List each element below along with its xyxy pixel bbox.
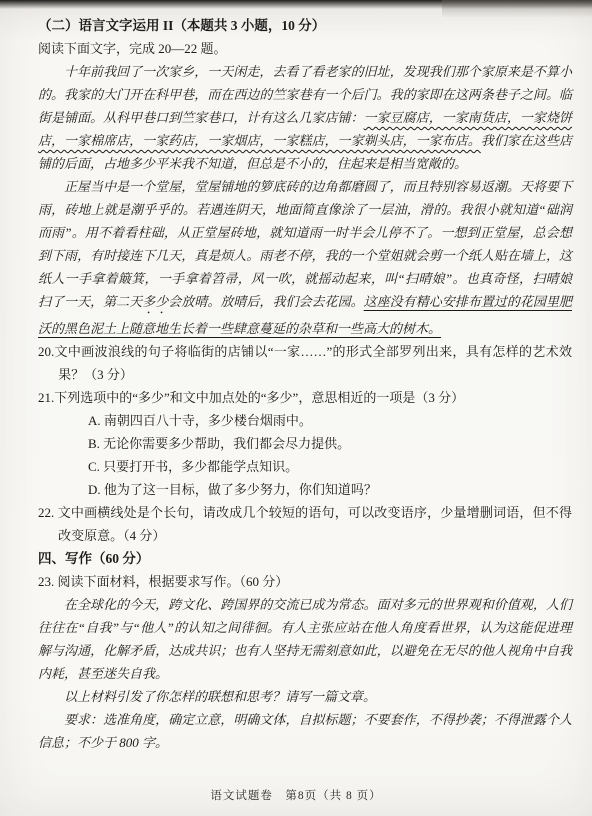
text-segment: 正屋当中是一个堂屋，堂屋铺地的箩底砖的边角都磨圆了，而且特别容易返潮。天将要下雨…	[38, 179, 572, 309]
text-segment: 会放晴。放晴后，我们会去花园。	[168, 294, 363, 309]
question-21-option-b: B. 无论你需要多少帮助，我们都会尽力提供。	[38, 432, 572, 455]
question-21-option-d: D. 他为了这一目标，做了多少努力，你们知道吗？	[38, 478, 572, 501]
text-segment: 以上材料引发了你怎样的联想和思考？请写一篇文章。	[64, 689, 376, 704]
essay-prompt: 以上材料引发了你怎样的联想和思考？请写一篇文章。	[38, 685, 572, 708]
text-segment: 要求：选准角度，确定立意，明确文体，自拟标题；不要套作，不得抄袭；不得泄露个人信…	[38, 712, 572, 750]
question-23: 23. 阅读下面材料，根据要求写作。（60 分）	[38, 570, 572, 593]
text-segment: 22. 文中画横线处是个长句，请改成几个较短的语句，可以改变语序，少量增删词语，…	[38, 505, 572, 543]
question-22: 22. 文中画横线处是个长句，请改成几个较短的语句，可以改变语序，少量增删词语，…	[38, 501, 572, 547]
text-segment: 四、写作（60 分）	[38, 551, 149, 566]
dotted-emphasis-text: 多少	[142, 294, 168, 309]
question-21-option-c: C. 只要打开书，多少都能学点知识。	[38, 455, 572, 478]
question-20: 20.文中画波浪线的句子将临街的店铺以“一家……”的形式全部罗列出来，具有怎样的…	[38, 340, 572, 386]
text-segment: 20.文中画波浪线的句子将临街的店铺以“一家……”的形式全部罗列出来，具有怎样的…	[38, 344, 572, 382]
text-segment: 阅读下面文字，完成 20—22 题。	[38, 41, 227, 56]
text-segment: 23. 阅读下面材料，根据要求写作。（60 分）	[38, 574, 288, 589]
question-21-option-a: A. 南朝四百八十寺，多少楼台烟雨中。	[38, 409, 572, 432]
section-2-header: （二）语言文字运用 II（本题共 3 小题，10 分）	[38, 14, 572, 37]
document-blocks: （二）语言文字运用 II（本题共 3 小题，10 分）阅读下面文字，完成 20—…	[38, 14, 572, 754]
question-21: 21.下列选项中的“多少”和文中加点处的“多少”，意思相近的一项是（3 分）	[38, 386, 572, 409]
essay-material: 在全球化的今天，跨文化、跨国界的交流已成为常态。面对多元的世界观和价值观，人们往…	[38, 593, 572, 685]
passage-paragraph-2: 正屋当中是一个堂屋，堂屋铺地的箩底砖的边角都磨圆了，而且特别容易返潮。天将要下雨…	[38, 175, 572, 340]
text-segment: A. 南朝四百八十寺，多少楼台烟雨中。	[88, 413, 312, 428]
page-footer: 语文试题卷 第8页（共 8 页）	[0, 787, 592, 803]
exam-paper-page: （二）语言文字运用 II（本题共 3 小题，10 分）阅读下面文字，完成 20—…	[0, 0, 592, 816]
passage-paragraph-1: 十年前我回了一次家乡，一天闲走，去看了看老家的旧址，发现我们那个家原来是不算小的…	[38, 60, 572, 175]
essay-requirements: 要求：选准角度，确定立意，明确文体，自拟标题；不要套作，不得抄袭；不得泄露个人信…	[38, 708, 572, 754]
text-segment: （二）语言文字运用 II（本题共 3 小题，10 分）	[38, 18, 325, 33]
text-segment: 21.下列选项中的“多少”和文中加点处的“多少”，意思相近的一项是（3 分）	[38, 390, 464, 405]
text-segment: D. 他为了这一目标，做了多少努力，你们知道吗？	[88, 482, 377, 497]
text-segment: 在全球化的今天，跨文化、跨国界的交流已成为常态。面对多元的世界观和价值观，人们往…	[38, 597, 572, 681]
section-4-header: 四、写作（60 分）	[38, 547, 572, 570]
text-segment: B. 无论你需要多少帮助，我们都会尽力提供。	[88, 436, 350, 451]
reading-instruction: 阅读下面文字，完成 20—22 题。	[38, 37, 572, 60]
text-segment: C. 只要打开书，多少都能学点知识。	[88, 459, 298, 474]
